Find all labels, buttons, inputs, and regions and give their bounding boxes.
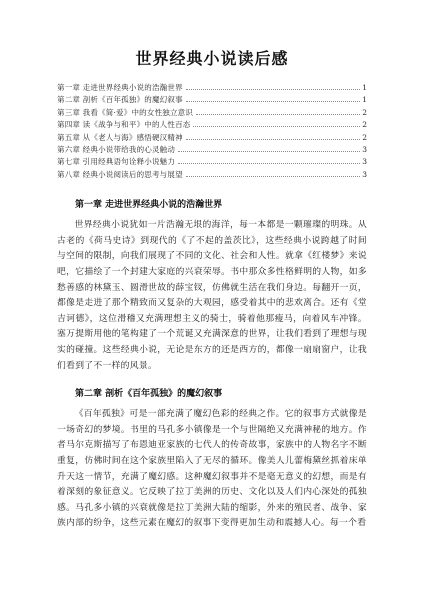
toc-entry-chapter-8[interactable]: 第八章 经典小说阅读后的思考与展望 3 [57,169,367,181]
toc-dot-leader [186,176,360,177]
toc-entry-chapter-5[interactable]: 第五章 从《老人与海》感悟硬汉精神 2 [57,132,367,144]
toc-entry-chapter-3[interactable]: 第三章 我看《简·爱》中的女性独立意识 2 [57,107,367,119]
toc-page-number: 1 [362,94,367,106]
toc-entry-chapter-7[interactable]: 第七章 引用经典语句诠释小说魅力 3 [57,156,367,168]
section-chapter-1: 第一章 走进世界经典小说的浩瀚世界 世界经典小说犹如一片浩瀚无垠的海洋，每一本都… [57,199,367,374]
toc-page-number: 2 [362,119,367,131]
table-of-contents: 第一章 走进世界经典小说的浩瀚世界 1 第二章 剖析《百年孤独》的魔幻叙事 1 … [57,82,367,181]
toc-page-number: 2 [362,132,367,144]
section-heading: 第一章 走进世界经典小说的浩瀚世界 [57,199,367,212]
document-page: 世界经典小说读后感 第一章 走进世界经典小说的浩瀚世界 1 第二章 剖析《百年孤… [0,0,424,600]
toc-entry-chapter-1[interactable]: 第一章 走进世界经典小说的浩瀚世界 1 [57,82,367,94]
page-title: 世界经典小说读后感 [57,48,367,70]
section-paragraph: 世界经典小说犹如一片浩瀚无垠的海洋，每一本都是一颗璀璨的明珠。从古老的《荷马史诗… [57,218,367,374]
toc-entry-label: 第八章 经典小说阅读后的思考与展望 [57,169,183,181]
toc-entry-label: 第五章 从《老人与海》感悟硬汉精神 [57,132,183,144]
section-heading: 第二章 剖析《百年孤独》的魔幻叙事 [57,388,367,401]
toc-dot-leader [186,101,360,102]
toc-dot-leader [186,89,360,90]
toc-dot-leader [193,126,360,127]
toc-entry-label: 第六章 经典小说带给我的心灵触动 [57,144,175,156]
toc-entry-chapter-6[interactable]: 第六章 经典小说带给我的心灵触动 3 [57,144,367,156]
section-chapter-2: 第二章 剖析《百年孤独》的魔幻叙事 《百年孤独》可是一部充满了魔幻色彩的经典之作… [57,388,367,532]
toc-entry-chapter-2[interactable]: 第二章 剖析《百年孤独》的魔幻叙事 1 [57,94,367,106]
toc-entry-label: 第二章 剖析《百年孤独》的魔幻叙事 [57,94,183,106]
toc-page-number: 1 [362,82,367,94]
toc-page-number: 3 [362,169,367,181]
toc-entry-chapter-4[interactable]: 第四章 读《战争与和平》中的人性百态 2 [57,119,367,131]
toc-entry-label: 第一章 走进世界经典小说的浩瀚世界 [57,82,183,94]
toc-dot-leader [178,151,360,152]
toc-entry-label: 第四章 读《战争与和平》中的人性百态 [57,119,190,131]
toc-page-number: 2 [362,107,367,119]
toc-dot-leader [186,139,360,140]
toc-dot-leader [178,163,360,164]
toc-dot-leader [196,114,360,115]
toc-entry-label: 第三章 我看《简·爱》中的女性独立意识 [57,107,193,119]
toc-page-number: 3 [362,144,367,156]
section-paragraph: 《百年孤独》可是一部充满了魔幻色彩的经典之作。它的叙事方式就像是一场奇幻的梦境。… [57,407,367,532]
toc-page-number: 3 [362,156,367,168]
toc-entry-label: 第七章 引用经典语句诠释小说魅力 [57,156,175,168]
